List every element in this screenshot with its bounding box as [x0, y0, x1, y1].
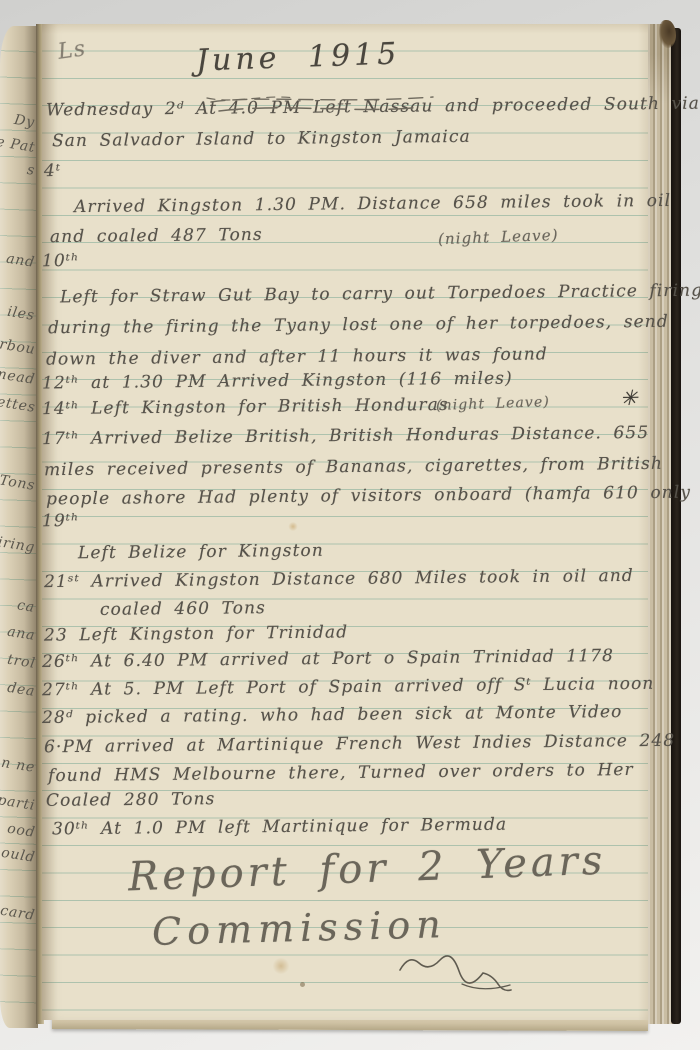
left-page-word-fragment: iles: [6, 304, 36, 324]
left-page-word-fragment: rettes: [0, 393, 36, 416]
torn-corner: [659, 20, 676, 48]
paper-stain: [288, 522, 298, 531]
left-page-word-fragment: s: [26, 162, 36, 179]
book-cover-edge: [671, 28, 681, 1024]
right-page-edges: [648, 24, 673, 1024]
left-page-word-fragment: rbou: [0, 336, 36, 357]
left-page: Dyge PatsandilesrboumeadrettesTonstiring…: [0, 26, 38, 1028]
left-page-word-fragment: card: [0, 903, 36, 924]
left-page-word-fragment: tiring: [0, 533, 36, 556]
paper-stain: [272, 958, 290, 974]
left-page-word-fragment: parti: [0, 792, 36, 814]
left-page-word-fragment: ge Pat: [0, 132, 36, 156]
left-page-word-fragment: dea: [6, 680, 36, 700]
paper-stain: [300, 982, 305, 987]
left-page-word-fragment: ould: [0, 845, 36, 866]
diary-scan: { "page": { "title": "June 1915", "corne…: [0, 0, 700, 1050]
left-page-word-fragment: ca: [16, 597, 36, 616]
left-page-word-fragment: Dy: [13, 112, 36, 131]
left-page-word-fragment: ana: [6, 624, 36, 644]
left-page-word-fragment: ood: [6, 821, 36, 841]
left-page-word-fragment: trol: [6, 652, 37, 672]
left-page-word-fragment: and: [5, 251, 36, 271]
left-page-word-fragment: n ne: [0, 755, 36, 776]
main-page: [42, 24, 650, 1020]
left-page-word-fragment: Tons: [0, 472, 36, 493]
left-page-word-fragment: mead: [0, 366, 36, 388]
